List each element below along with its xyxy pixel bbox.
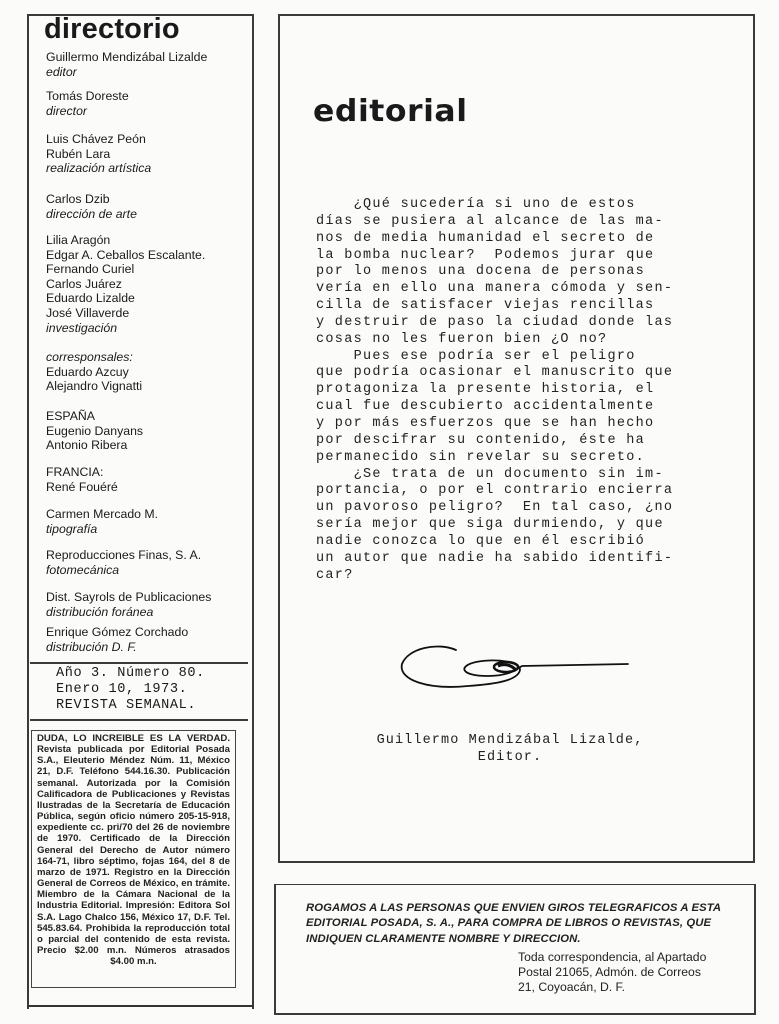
directory-research: Lilia Aragón Edgar A. Ceballos Escalante… xyxy=(46,233,205,335)
directory-photomechanics: Reproducciones Finas, S. A. fotomecánica xyxy=(46,548,201,577)
directory-title: directorio xyxy=(44,12,180,46)
issue-date: Enero 10, 1973. xyxy=(56,682,187,697)
address-line: 21, Coyoacán, D. F. xyxy=(518,980,748,995)
research-name: Lilia Aragón xyxy=(46,233,205,248)
editorial-line: sería mejor que siga durmiendo, y que xyxy=(316,517,716,534)
editorial-line: la bomba nuclear? Podemos jurar que xyxy=(316,248,716,265)
spain-name: Eugenio Danyans xyxy=(46,424,143,439)
editorial-line: car? xyxy=(316,568,716,585)
editor-role: editor xyxy=(46,65,207,80)
editorial-line: un pavoroso peligro? En tal caso, ¿no xyxy=(316,500,716,517)
directory-art-direction: Carlos Dzib dirección de arte xyxy=(46,192,137,221)
france-heading: FRANCIA: xyxy=(46,465,118,480)
editorial-line: permanecido sin revelar su secreto. xyxy=(316,450,716,467)
notice-text: ROGAMOS A LAS PERSONAS QUE ENVIEN GIROS … xyxy=(306,901,726,947)
signer: Guillermo Mendizábal Lizalde, Editor. xyxy=(330,732,690,766)
art-direction-name: Carlos Dzib xyxy=(46,192,137,207)
foreign-distribution-name: Dist. Sayrols de Publicaciones xyxy=(46,590,211,605)
signer-name: Guillermo Mendizábal Lizalde, xyxy=(377,733,644,748)
editorial-line: vería en ello una manera cómoda y sen- xyxy=(316,281,716,298)
art-realization-role: realización artística xyxy=(46,161,151,176)
correspondent-name: Eduardo Azcuy xyxy=(46,365,142,380)
photomechanics-name: Reproducciones Finas, S. A. xyxy=(46,548,201,563)
editorial-line: por lo menos una docena de personas xyxy=(316,264,716,281)
research-name: Carlos Juárez xyxy=(46,277,205,292)
directory-df-distribution: Enrique Gómez Corchado distribución D. F… xyxy=(46,625,188,654)
directory-bottom-rule xyxy=(27,1005,254,1007)
directory-typography: Carmen Mercado M. tipografía xyxy=(46,507,158,536)
typography-name: Carmen Mercado M. xyxy=(46,507,158,522)
art-realization-name: Luis Chávez Peón xyxy=(46,132,151,147)
address-line: Toda correspondencia, al Apartado xyxy=(518,950,748,965)
editorial-line: ¿Se trata de un documento sin im- xyxy=(316,467,716,484)
director-role: director xyxy=(46,104,129,119)
editorial-line: y por más esfuerzos que se han hecho xyxy=(316,416,716,433)
photomechanics-role: fotomecánica xyxy=(46,563,201,578)
spain-name: Antonio Ribera xyxy=(46,438,143,453)
editorial-line: cosas no les fueron bien ¿O no? xyxy=(316,332,716,349)
directory-editor: Guillermo Mendizábal Lizalde editor xyxy=(46,50,207,79)
typography-role: tipografía xyxy=(46,522,158,537)
correspondent-name: Alejandro Vignatti xyxy=(46,379,142,394)
issue-number: Año 3. Número 80. xyxy=(56,666,205,681)
correspondents-heading: corresponsales: xyxy=(46,350,142,365)
df-distribution-name: Enrique Gómez Corchado xyxy=(46,625,188,640)
signature-icon xyxy=(398,640,630,696)
foreign-distribution-role: distribución foránea xyxy=(46,605,211,620)
directory-director: Tomás Doreste director xyxy=(46,89,129,118)
directory-spain: ESPAÑA Eugenio Danyans Antonio Ribera xyxy=(46,409,143,453)
research-name: Eduardo Lizalde xyxy=(46,291,205,306)
editor-name: Guillermo Mendizábal Lizalde xyxy=(46,50,207,65)
research-role: investigación xyxy=(46,321,205,336)
director-name: Tomás Doreste xyxy=(46,89,129,104)
editorial-line: Pues ese podría ser el peligro xyxy=(316,349,716,366)
editorial-line: nos de media humanidad el secreto de xyxy=(316,231,716,248)
art-realization-name: Rubén Lara xyxy=(46,147,151,162)
issue-frequency: REVISTA SEMANAL. xyxy=(56,698,196,713)
france-name: René Fouéré xyxy=(46,480,118,495)
editorial-line: un autor que nadie ha sabido identifi- xyxy=(316,551,716,568)
directory-correspondents: corresponsales: Eduardo Azcuy Alejandro … xyxy=(46,350,142,394)
editorial-body: ¿Qué sucedería si uno de estosdías se pu… xyxy=(316,197,716,584)
art-direction-role: dirección de arte xyxy=(46,207,137,222)
directory-foreign-distribution: Dist. Sayrols de Publicaciones distribuc… xyxy=(46,590,211,619)
research-name: Edgar A. Ceballos Escalante. xyxy=(46,248,205,263)
editorial-line: nadie conozca lo que en él escribió xyxy=(316,534,716,551)
research-name: Fernando Curiel xyxy=(46,262,205,277)
spain-heading: ESPAÑA xyxy=(46,409,143,424)
signer-title: Editor. xyxy=(478,750,542,765)
editorial-line: cilla de satisfacer viejas rencillas xyxy=(316,298,716,315)
editorial-line: ¿Qué sucedería si uno de estos xyxy=(316,197,716,214)
df-distribution-role: distribución D. F. xyxy=(46,640,188,655)
mailing-address: Toda correspondencia, al Apartado Postal… xyxy=(518,950,748,996)
legal-notice: DUDA, LO INCREIBLE ES LA VERDAD. Revista… xyxy=(37,733,230,967)
editorial-line: días se pusiera al alcance de las ma- xyxy=(316,214,716,231)
editorial-line: que podría ocasionar el manuscrito que xyxy=(316,365,716,382)
issue-info: Año 3. Número 80. Enero 10, 1973. REVIST… xyxy=(56,666,205,714)
editorial-title: editorial xyxy=(313,92,468,132)
directory-art-realization: Luis Chávez Peón Rubén Lara realización … xyxy=(46,132,151,176)
editorial-line: cual fue descubierto accidentalmente xyxy=(316,399,716,416)
editorial-line: por descifrar su contenido, éste ha xyxy=(316,433,716,450)
editorial-line: y destruir de paso la ciudad donde las xyxy=(316,315,716,332)
directory-france: FRANCIA: René Fouéré xyxy=(46,465,118,494)
address-line: Postal 21065, Admón. de Correos xyxy=(518,965,748,980)
editorial-line: protagoniza la presente historia, el xyxy=(316,382,716,399)
research-name: José Villaverde xyxy=(46,306,205,321)
editorial-line: portancia, o por el contrario encierra xyxy=(316,483,716,500)
